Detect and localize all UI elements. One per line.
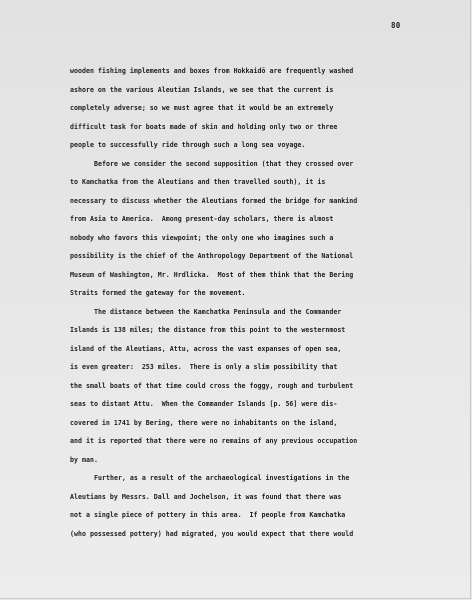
text-line: island of the Aleutians, Attu, across th…	[70, 340, 415, 359]
text-line: nobody who favors this viewpoint; the on…	[70, 229, 415, 248]
document-page: 80 wooden fishing implements and boxes f…	[0, 0, 471, 599]
text-line: wooden fishing implements and boxes from…	[70, 62, 415, 81]
text-line: and it is reported that there were no re…	[70, 432, 415, 451]
text-line: not a single piece of pottery in this ar…	[70, 506, 415, 525]
text-line: (who possessed pottery) had migrated, yo…	[70, 525, 415, 544]
text-line: possibility is the chief of the Anthropo…	[70, 247, 415, 266]
text-line: necessary to discuss whether the Aleutia…	[70, 192, 415, 211]
text-line: Museum of Washington, Mr. Hrdlicka. Most…	[70, 266, 415, 285]
text-line: is even greater: 253 miles. There is onl…	[70, 358, 415, 377]
paragraph-start-line: The distance between the Kamchatka Penin…	[70, 303, 415, 322]
paragraph-start-line: Before we consider the second suppositio…	[70, 155, 415, 174]
text-line: people to successfully ride through such…	[70, 136, 415, 155]
text-line: Straits formed the gateway for the movem…	[70, 284, 415, 303]
text-line: by man.	[70, 451, 415, 470]
text-line: the small boats of that time could cross…	[70, 377, 415, 396]
text-line: Aleutians by Messrs. Dall and Jochelson,…	[70, 488, 415, 507]
text-line: ashore on the various Aleutian Islands, …	[70, 81, 415, 100]
text-line: to Kamchatka from the Aleutians and then…	[70, 173, 415, 192]
paragraph-start-line: Further, as a result of the archaeologic…	[70, 469, 415, 488]
body-text: wooden fishing implements and boxes from…	[70, 62, 415, 543]
text-line: difficult task for boats made of skin an…	[70, 118, 415, 137]
text-line: covered in 1741 by Bering, there were no…	[70, 414, 415, 433]
page-number: 80	[391, 21, 400, 30]
text-line: completely adverse; so we must agree tha…	[70, 99, 415, 118]
text-line: Islands is 138 miles; the distance from …	[70, 321, 415, 340]
text-line: from Asia to America. Among present-day …	[70, 210, 415, 229]
text-line: seas to distant Attu. When the Commander…	[70, 395, 415, 414]
